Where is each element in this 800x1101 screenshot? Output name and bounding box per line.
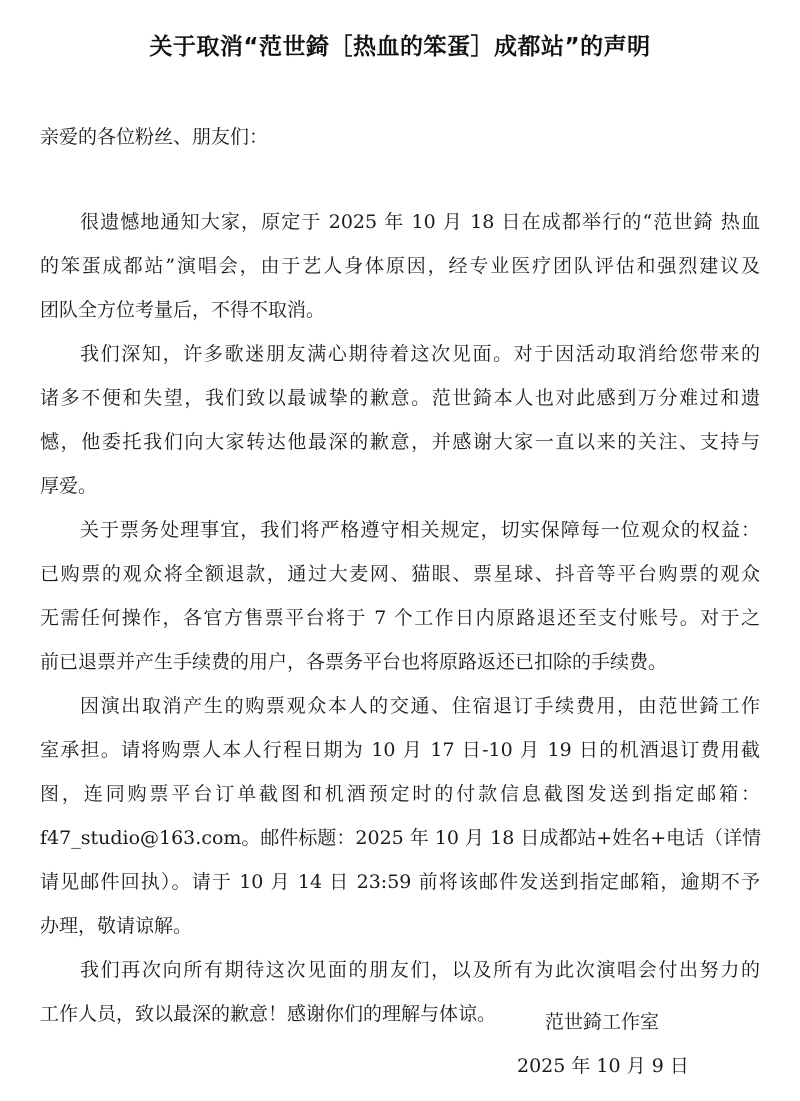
text-line: 前已退票并产生手续费的用户，各票务平台也将原路返还已扣除的手续费。 — [40, 640, 760, 684]
paragraph-refund-policy: 关于票务处理事宜，我们将严格遵守相关规定，切实保障每一位观众的权益： 已购票的观… — [40, 508, 760, 684]
text-line: 关于票务处理事宜，我们将严格遵守相关规定，切实保障每一位观众的权益： — [40, 508, 760, 552]
text-line: 无需任何操作，各官方售票平台将于 7 个工作日内原路退还至支付账号。对于之 — [40, 596, 760, 640]
paragraph-travel-compensation: 因演出取消产生的购票观众本人的交通、住宿退订手续费用，由范世錡工作 室承担。请将… — [40, 684, 760, 948]
text-line: 因演出取消产生的购票观众本人的交通、住宿退订手续费用，由范世錡工作 — [40, 684, 760, 728]
paragraph-apology: 我们深知，许多歌迷朋友满心期待着这次见面。对于因活动取消给您带来的 诸多不便和失… — [40, 332, 760, 508]
signature-date: 2025 年 10 月 9 日 — [517, 1044, 707, 1088]
text-line: 办理，敬请谅解。 — [40, 904, 760, 948]
text-line: 请见邮件回执）。请于 10 月 14 日 23:59 前将该邮件发送到指定邮箱，… — [40, 860, 760, 904]
signature-name: 范世錡工作室 — [517, 1000, 707, 1044]
document-title: 关于取消“范世錡［热血的笨蛋］成都站”的声明 — [0, 28, 800, 61]
document-body: 很遗憾地通知大家，原定于 2025 年 10 月 18 日在成都举行的“范世錡 … — [40, 200, 760, 1036]
text-line: 团队全方位考量后，不得不取消。 — [40, 288, 760, 332]
text-line: 已购票的观众将全额退款，通过大麦网、猫眼、票星球、抖音等平台购票的观众 — [40, 552, 760, 596]
signature-block: 范世錡工作室 2025 年 10 月 9 日 — [517, 1000, 707, 1088]
text-line-email: f47_studio@163.com。邮件标题：2025 年 10 月 18 日… — [40, 816, 760, 860]
greeting: 亲爱的各位粉丝、朋友们： — [40, 122, 268, 149]
text-line: 诸多不便和失望，我们致以最诚挚的歉意。范世錡本人也对此感到万分难过和遗 — [40, 376, 760, 420]
text-line: 很遗憾地通知大家，原定于 2025 年 10 月 18 日在成都举行的“范世錡 … — [40, 200, 760, 244]
text-line: 室承担。请将购票人本人行程日期为 10 月 17 日-10 月 19 日的机酒退… — [40, 728, 760, 772]
paragraph-cancellation-notice: 很遗憾地通知大家，原定于 2025 年 10 月 18 日在成都举行的“范世錡 … — [40, 200, 760, 332]
text-line: 厚爱。 — [40, 464, 760, 508]
text-line: 憾，他委托我们向大家转达他最深的歉意，并感谢大家一直以来的关注、支持与 — [40, 420, 760, 464]
text-line: 我们深知，许多歌迷朋友满心期待着这次见面。对于因活动取消给您带来的 — [40, 332, 760, 376]
text-line: 我们再次向所有期待这次见面的朋友们，以及所有为此次演唱会付出努力的 — [40, 948, 760, 992]
text-line: 图，连同购票平台订单截图和机酒预定时的付款信息截图发送到指定邮箱： — [40, 772, 760, 816]
text-line: 的笨蛋成都站”演唱会，由于艺人身体原因，经专业医疗团队评估和强烈建议及 — [40, 244, 760, 288]
